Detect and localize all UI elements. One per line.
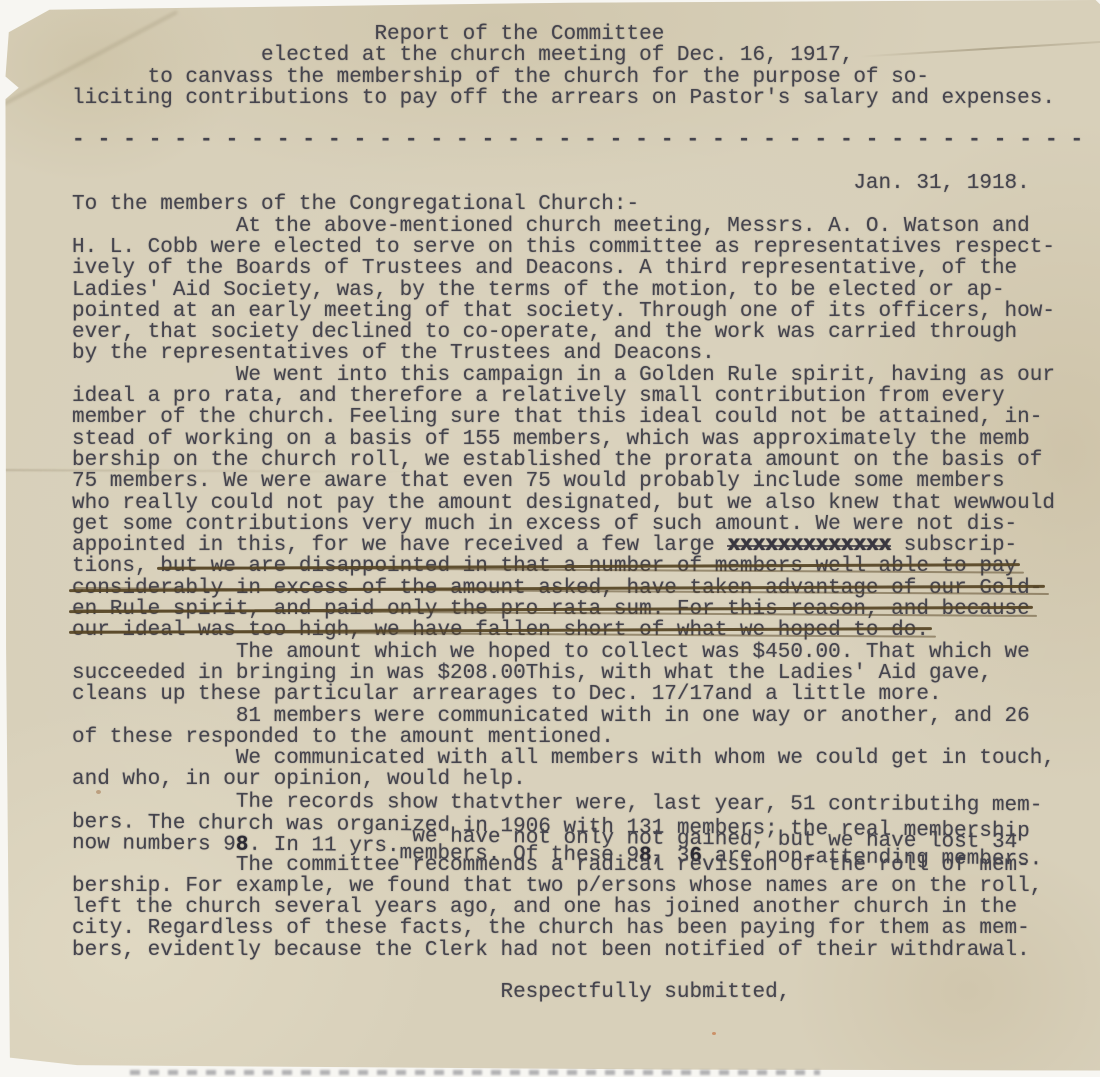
body-line: At the above-mentioned church meeting, M…: [72, 216, 1084, 237]
text-segment: bership on the church roll, we establish…: [72, 449, 1042, 472]
text-segment: and who, in our opinion, would help.: [72, 768, 526, 791]
salutation-line: To the members of the Congregational Chu…: [72, 194, 1084, 215]
body-line: of these responded to the amount mention…: [72, 727, 1084, 748]
text-segment: elected at the church meeting of Dec. 16…: [72, 44, 853, 67]
body-line: and who, in our opinion, would help.: [72, 769, 1084, 790]
text-segment: by the representatives of the Trustees a…: [72, 342, 715, 365]
report-title-line: to canvass the membership of the church …: [72, 67, 1084, 88]
body-line: bership. For example, we found that two …: [72, 876, 1084, 897]
next-page-text-hint: [130, 1070, 820, 1075]
typed-over-word: xxxxxxxxxxxxx: [727, 534, 891, 557]
body-line-struck: en Rule spirit, and paid only the pro ra…: [72, 599, 1084, 620]
body-line-struck: our ideal was too high, we have fallen s…: [72, 620, 1084, 641]
body-line: Ladies' Aid Society, was, by the terms o…: [72, 280, 1084, 301]
typewritten-report: Report of the Committee elected at the c…: [72, 24, 1084, 1004]
text-segment: bership. For example, we found that two …: [72, 875, 1042, 898]
body-line: left the church several years ago, and o…: [72, 897, 1084, 918]
report-title-line: liciting contributions to pay off the ar…: [72, 88, 1084, 109]
text-segment: left the church several years ago, and o…: [72, 896, 1017, 919]
text-segment: succeeded in bringing in was $208.00This…: [72, 662, 992, 685]
body-line: ideal a pro rata, and therefore a relati…: [72, 386, 1084, 407]
text-segment: member of the church. Feeling sure that …: [72, 406, 1042, 429]
blank-line: [72, 152, 1084, 173]
text-segment: of these responded to the amount mention…: [72, 726, 614, 749]
text-segment: pointed at an early meeting of that soci…: [72, 300, 1055, 323]
date-line: Jan. 31, 1918.: [72, 173, 1084, 194]
body-line: cleans up these particular arrearages to…: [72, 684, 1084, 705]
text-segment: The committee recommends a radical revis…: [72, 854, 1030, 877]
text-segment: 75 members. We were aware that even 75 w…: [72, 470, 1005, 493]
signature-line: Respectfully submitted,: [72, 982, 1084, 1003]
text-segment: who really could not pay the amount desi…: [72, 492, 1055, 515]
blank-line: [72, 961, 1084, 982]
text-segment: tions,: [72, 555, 160, 578]
pen-struck-text: en Rule spirit, and paid only the pro ra…: [72, 598, 1030, 621]
body-line-struck: considerably in excess of the amount ask…: [72, 578, 1084, 599]
body-line: by the representatives of the Trustees a…: [72, 343, 1084, 364]
body-line: ively of the Boards of Trustees and Deac…: [72, 258, 1084, 279]
text-segment: cleans up these particular arrearages to…: [72, 683, 942, 706]
blank-line: [72, 109, 1084, 130]
pen-struck-text: our ideal was too high, we have fallen s…: [72, 619, 929, 642]
text-segment: To the members of the Congregational Chu…: [72, 193, 639, 216]
text-segment: The amount which we hoped to collect was…: [72, 641, 1030, 664]
paper-sheet: Report of the Committee elected at the c…: [0, 0, 1100, 1077]
text-segment: bers, evidently because the Clerk had no…: [72, 939, 1030, 962]
text-segment: ively of the Boards of Trustees and Deac…: [72, 257, 1017, 280]
body-line: bers, evidently because the Clerk had no…: [72, 940, 1084, 961]
body-line: ever, that society declined to co-operat…: [72, 322, 1084, 343]
text-segment: liciting contributions to pay off the ar…: [72, 87, 1055, 110]
body-line-struck: tions, but we are disappointed in that a…: [72, 556, 1084, 577]
text-segment: to canvass the membership of the church …: [72, 66, 929, 89]
body-line: 81 members were communicated with in one…: [72, 706, 1084, 727]
body-line: bership on the church roll, we establish…: [72, 450, 1084, 471]
text-segment: city. Regardless of these facts, the chu…: [72, 917, 1030, 940]
report-title-line: Report of the Committee: [72, 24, 1084, 45]
body-line: We communicated with all members with wh…: [72, 748, 1084, 769]
body-line: who really could not pay the amount desi…: [72, 493, 1084, 514]
text-segment: We went into this campaign in a Golden R…: [72, 364, 1055, 387]
foxing-speck: [712, 1032, 716, 1035]
body-line: The amount which we hoped to collect was…: [72, 642, 1084, 663]
text-segment: 81 members were communicated with in one…: [72, 705, 1030, 728]
body-line: We went into this campaign in a Golden R…: [72, 365, 1084, 386]
text-segment: subscrip-: [891, 534, 1017, 557]
report-title-line: elected at the church meeting of Dec. 16…: [72, 45, 1084, 66]
text-segment: Jan. 31, 1918.: [72, 172, 1030, 195]
text-segment: At the above-mentioned church meeting, M…: [72, 215, 1030, 238]
body-line: get some contributions very much in exce…: [72, 514, 1084, 535]
text-segment: H. L. Cobb were elected to serve on this…: [72, 236, 1055, 259]
text-segment: Ladies' Aid Society, was, by the terms o…: [72, 279, 1005, 302]
text-segment: Report of the Committee: [72, 23, 664, 46]
text-segment: We communicated with all members with wh…: [72, 747, 1055, 770]
body-line: stead of working on a basis of 155 membe…: [72, 429, 1084, 450]
pen-struck-text: considerably in excess of the amount ask…: [72, 577, 1042, 600]
body-line: city. Regardless of these facts, the chu…: [72, 918, 1084, 939]
scanned-document-page: { "colors":{ "background":"#f7f6f2", "pa…: [0, 0, 1100, 1077]
body-line-with-xout: appointed in this, for we have received …: [72, 535, 1084, 556]
body-line: pointed at an early meeting of that soci…: [72, 301, 1084, 322]
pen-struck-text: but we are disappointed in that a number…: [160, 555, 1017, 578]
text-segment: - - - - - - - - - - - - - - - - - - - - …: [72, 129, 1096, 152]
body-line: succeeded in bringing in was $208.00This…: [72, 663, 1084, 684]
body-line: 75 members. We were aware that even 75 w…: [72, 471, 1084, 492]
body-line: The committee recommends a radical revis…: [72, 855, 1084, 876]
text-segment: appointed in this, for we have received …: [72, 534, 727, 557]
text-segment: ever, that society declined to co-operat…: [72, 321, 1017, 344]
text-segment: Respectfully submitted,: [72, 981, 790, 1004]
body-line: member of the church. Feeling sure that …: [72, 407, 1084, 428]
body-line: H. L. Cobb were elected to serve on this…: [72, 237, 1084, 258]
text-segment: get some contributions very much in exce…: [72, 513, 1017, 536]
divider-line: - - - - - - - - - - - - - - - - - - - - …: [72, 130, 1084, 151]
text-segment: ideal a pro rata, and therefore a relati…: [72, 385, 1005, 408]
text-segment: stead of working on a basis of 155 membe…: [72, 428, 1030, 451]
